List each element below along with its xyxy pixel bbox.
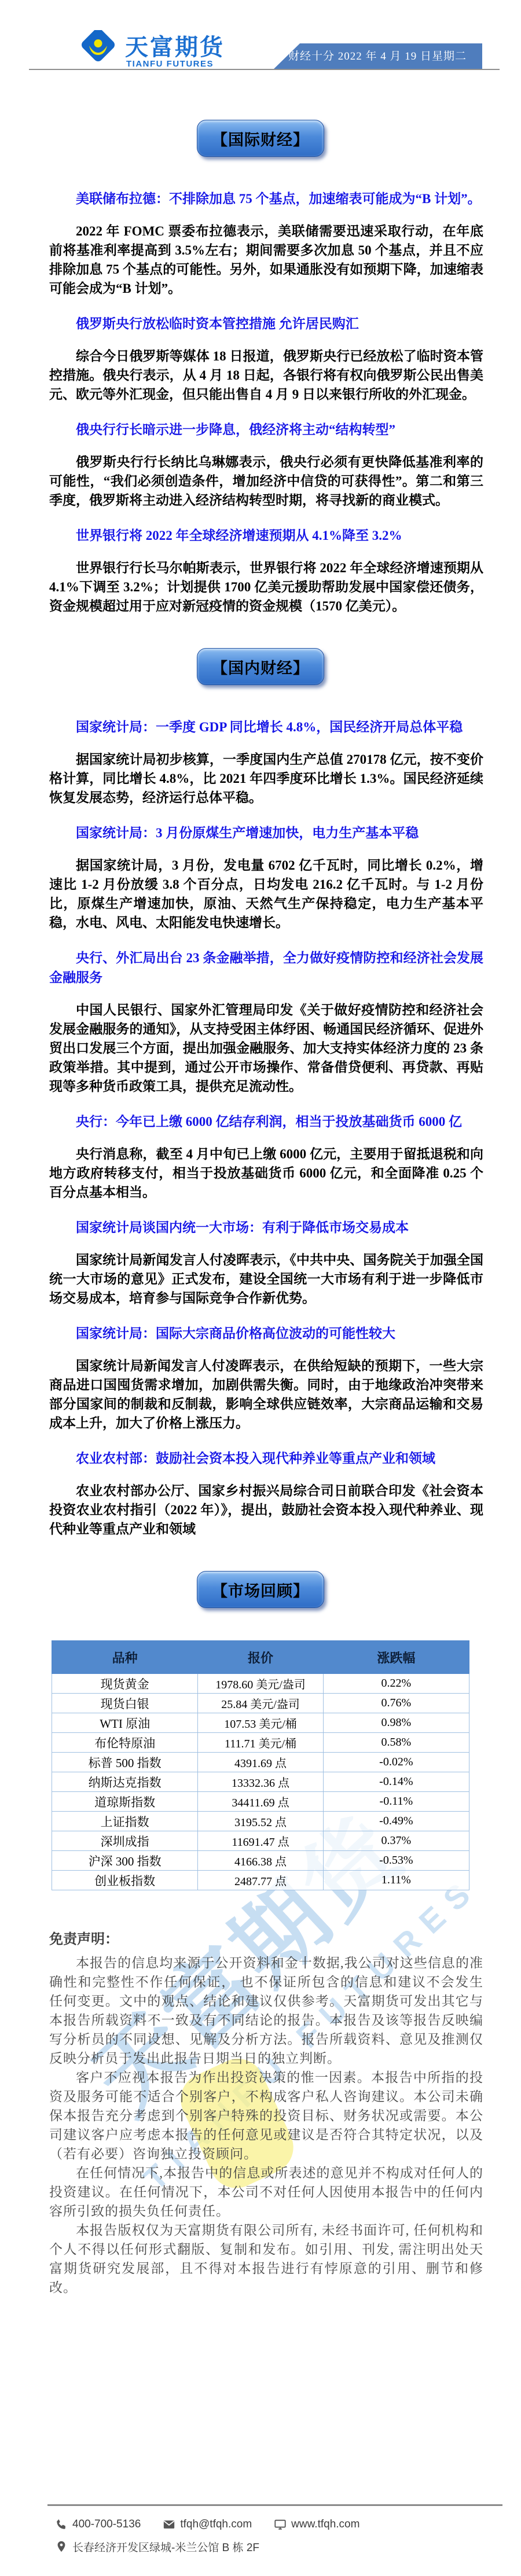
page-header: 天富期货 TIANFU FUTURES 财经十分 2022 年 4 月 19 日… (0, 0, 521, 70)
footer-email-address: tfqh@tfqh.com (180, 2518, 252, 2531)
news-body: 国家统计局新闻发言人付凌晖表示，在供给短缺的预期下，一些大宗商品进口国囤货需求增… (49, 1356, 483, 1433)
news-body: 据国家统计局初步核算，一季度国内生产总值 270178 亿元，按不变价格计算，同… (49, 750, 483, 807)
news-heading: 俄央行行长暗示进一步降息，俄经济将主动“结构转型” (49, 420, 483, 440)
table-row: 创业板指数 2487.77 点 1.11% (52, 1871, 469, 1890)
footer-address: 长春经济开发区绿城-米兰公馆 B 栋 2F (55, 2539, 259, 2555)
cell-variety: 标普 500 指数 (52, 1753, 198, 1772)
table-row: 纳斯达克指数 13332.36 点 -0.14% (52, 1772, 469, 1792)
cell-quote: 13332.36 点 (198, 1772, 323, 1792)
table-row: 上证指数 3195.52 点 -0.49% (52, 1812, 469, 1831)
column-header-variety: 品种 (52, 1641, 198, 1674)
cell-change: -0.11% (323, 1792, 469, 1812)
footer-phone-number: 400-700-5136 (72, 2518, 141, 2531)
logo-name-cn: 天富期货 (125, 35, 225, 60)
cell-quote: 11691.47 点 (198, 1831, 323, 1851)
phone-icon (55, 2518, 68, 2531)
cell-variety: 上证指数 (52, 1812, 198, 1831)
section-button-domestic[interactable]: 【国内财经】 (197, 648, 324, 685)
disclaimer-paragraph: 本报告的信息均来源于公开资料和金十数据,我公司对这些信息的准确性和完整性不作任何… (49, 1953, 483, 2068)
news-body: 农业农村部办公厅、国家乡村振兴局综合司日前联合印发《社会资本投资农业农村指引（2… (49, 1481, 483, 1539)
footer-email[interactable]: tfqh@tfqh.com (163, 2518, 252, 2531)
domestic-news-list: 国家统计局：一季度 GDP 同比增长 4.8%，国民经济开局总体平稳 据国家统计… (49, 717, 483, 1539)
location-pin-icon (55, 2540, 68, 2553)
header-divider (29, 69, 500, 70)
cell-variety: 纳斯达克指数 (52, 1772, 198, 1792)
table-row: 现货白银 25.84 美元/盎司 0.76% (52, 1694, 469, 1713)
table-row: 现货黄金 1978.60 美元/盎司 0.22% (52, 1674, 469, 1694)
disclaimer-section: 免责声明： 本报告的信息均来源于公开资料和金十数据,我公司对这些信息的准确性和完… (49, 1927, 483, 2297)
cell-change: 0.98% (323, 1713, 469, 1733)
cell-variety: 深圳成指 (52, 1831, 198, 1851)
news-body: 中国人民银行、国家外汇管理局印发《关于做好疫情防控和经济社会发展金融服务的通知》… (49, 1000, 483, 1096)
footer-website-url: www.tfqh.com (291, 2518, 359, 2531)
table-row: 道琼斯指数 34411.69 点 -0.11% (52, 1792, 469, 1812)
international-news-list: 美联储布拉德：不排除加息 75 个基点，加速缩表可能成为“B 计划”。 2022… (49, 189, 483, 616)
logo-name-en: TIANFU FUTURES (126, 59, 214, 69)
date-banner: 财经十分 2022 年 4 月 19 日星期二 (273, 43, 482, 70)
cell-quote: 1978.60 美元/盎司 (198, 1674, 323, 1694)
news-heading: 国家统计局：3 月份原煤生产增速加快，电力生产基本平稳 (49, 823, 483, 843)
cell-quote: 2487.77 点 (198, 1871, 323, 1890)
cell-variety: 布伦特原油 (52, 1733, 198, 1753)
page-footer: 400-700-5136 tfqh@tfqh.com www.tfqh.com … (55, 2516, 376, 2555)
news-heading: 俄罗斯央行放松临时资本管控措施 允许居民购汇 (49, 314, 483, 334)
footer-phone[interactable]: 400-700-5136 (55, 2518, 141, 2531)
news-heading: 农业农村部：鼓励社会资本投入现代种养业等重点产业和领域 (49, 1449, 483, 1469)
cell-change: 0.76% (323, 1694, 469, 1713)
cell-change: 1.11% (323, 1871, 469, 1890)
footer-address-text: 长春经济开发区绿城-米兰公馆 B 栋 2F (72, 2539, 259, 2555)
news-body: 世界银行行长马尔帕斯表示，世界银行将 2022 年全球经济增速预期从 4.1%下… (49, 558, 483, 616)
table-row: WTI 原油 107.53 美元/桶 0.98% (52, 1713, 469, 1733)
cell-quote: 107.53 美元/桶 (198, 1713, 323, 1733)
news-heading: 国家统计局：国际大宗商品价格高位波动的可能性较大 (49, 1324, 483, 1344)
cell-quote: 25.84 美元/盎司 (198, 1694, 323, 1713)
monitor-icon (274, 2518, 287, 2531)
table-row: 沪深 300 指数 4166.38 点 -0.53% (52, 1851, 469, 1871)
cell-quote: 34411.69 点 (198, 1792, 323, 1812)
section-button-international[interactable]: 【国际财经】 (197, 120, 324, 157)
cell-variety: 现货白银 (52, 1694, 198, 1713)
news-heading: 世界银行将 2022 年全球经济增速预期从 4.1%降至 3.2% (49, 526, 483, 546)
news-heading: 美联储布拉德：不排除加息 75 个基点，加速缩表可能成为“B 计划”。 (49, 189, 483, 209)
news-body: 据国家统计局，3 月份，发电量 6702 亿千瓦时，同比增长 0.2%，增速比 … (49, 856, 483, 932)
news-body: 俄罗斯央行行长纳比乌琳娜表示，俄央行必须有更快降低基准利率的可能性，“我们必须创… (49, 452, 483, 510)
cell-change: -0.53% (323, 1851, 469, 1871)
column-header-quote: 报价 (198, 1641, 323, 1674)
disclaimer-paragraph: 在任何情况下,本报告中的信息或所表述的意见并不构成对任何人的投资建议。在任何情况… (49, 2163, 483, 2221)
news-body: 国家统计局新闻发言人付凌晖表示，《中共中央、国务院关于加强全国统一大市场的意见》… (49, 1250, 483, 1308)
news-body: 央行消息称，截至 4 月中旬已上缴 6000 亿元，主要用于留抵退税和向地方政府… (49, 1145, 483, 1202)
column-header-change: 涨跌幅 (323, 1641, 469, 1674)
cell-variety: 沪深 300 指数 (52, 1851, 198, 1871)
section-button-market-review[interactable]: 【市场回顾】 (197, 1571, 324, 1608)
news-body: 综合今日俄罗斯等媒体 18 日报道，俄罗斯央行已经放松了临时资本管控措施。俄央行… (49, 347, 483, 404)
news-body: 2022 年 FOMC 票委布拉德表示，美联储需要迅速采取行动，在年底前将基准利… (49, 222, 483, 298)
disclaimer-paragraph: 客户不应视本报告为作出投资决策的惟一因素。本报告中所指的投资及服务可能不适合个别… (49, 2068, 483, 2163)
cell-variety: 现货黄金 (52, 1674, 198, 1694)
news-heading: 央行、外汇局出台 23 条金融举措，全力做好疫情防控和经济社会发展金融服务 (49, 948, 483, 988)
disclaimer-title: 免责声明： (49, 1927, 483, 1948)
table-row: 标普 500 指数 4391.69 点 -0.02% (52, 1753, 469, 1772)
cell-change: -0.49% (323, 1812, 469, 1831)
cell-quote: 111.71 美元/桶 (198, 1733, 323, 1753)
table-row: 布伦特原油 111.71 美元/桶 0.58% (52, 1733, 469, 1753)
cell-quote: 4166.38 点 (198, 1851, 323, 1871)
tianfu-logo-icon (75, 30, 122, 69)
footer-divider (47, 2504, 502, 2506)
footer-website[interactable]: www.tfqh.com (274, 2518, 359, 2531)
cell-change: -0.02% (323, 1753, 469, 1772)
cell-change: -0.14% (323, 1772, 469, 1792)
news-heading: 国家统计局谈国内统一大市场：有利于降低市场交易成本 (49, 1218, 483, 1238)
cell-change: 0.22% (323, 1674, 469, 1694)
cell-variety: 道琼斯指数 (52, 1792, 198, 1812)
market-quotes-table: 品种 报价 涨跌幅 现货黄金 1978.60 美元/盎司 0.22% 现货白银 … (52, 1640, 469, 1890)
news-heading: 央行：今年已上缴 6000 亿结存利润，相当于投放基础货币 6000 亿 (49, 1112, 483, 1132)
cell-change: 0.37% (323, 1831, 469, 1851)
cell-quote: 4391.69 点 (198, 1753, 323, 1772)
cell-variety: 创业板指数 (52, 1871, 198, 1890)
disclaimer-paragraph: 本报告版权仅为天富期货有限公司所有, 未经书面许可, 任何机构和个人不得以任何形… (49, 2221, 483, 2297)
cell-change: 0.58% (323, 1733, 469, 1753)
table-header-row: 品种 报价 涨跌幅 (52, 1641, 469, 1674)
cell-variety: WTI 原油 (52, 1713, 198, 1733)
news-heading: 国家统计局：一季度 GDP 同比增长 4.8%，国民经济开局总体平稳 (49, 717, 483, 737)
envelope-icon (163, 2518, 175, 2531)
table-row: 深圳成指 11691.47 点 0.37% (52, 1831, 469, 1851)
cell-quote: 3195.52 点 (198, 1812, 323, 1831)
